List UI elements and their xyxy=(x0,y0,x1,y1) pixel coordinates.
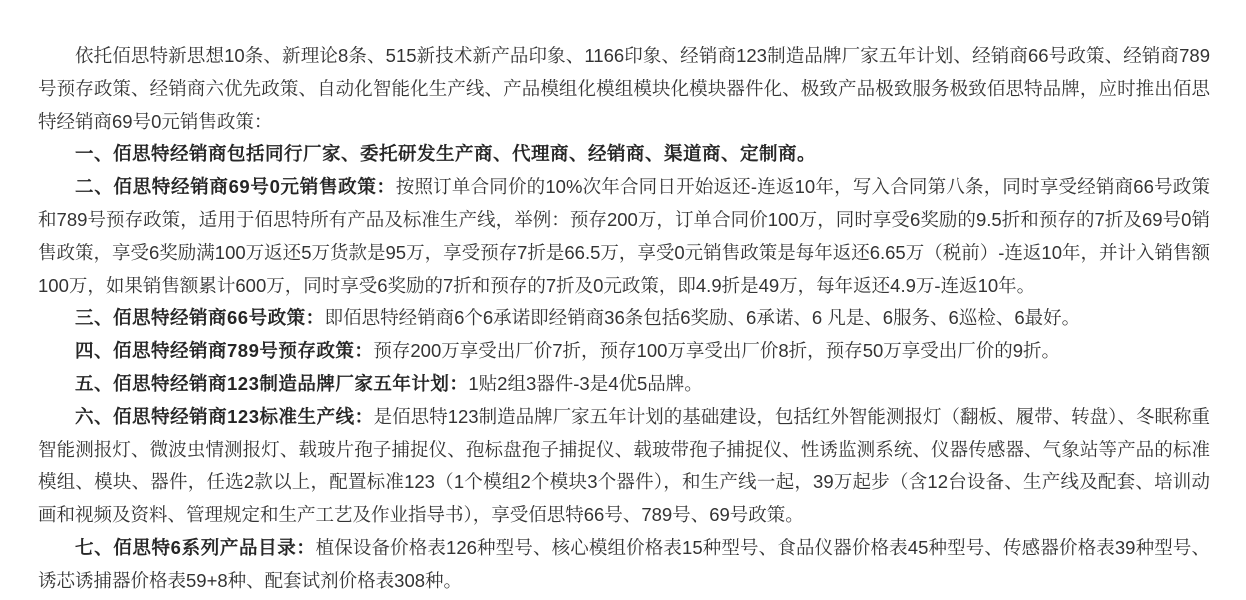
section-body: 1贴2组3器件-3是4优5品牌。 xyxy=(468,373,702,394)
policy-section-3: 三、佰思特经销商66号政策：即佰思特经销商6个6承诺即经销商36条包括6奖励、6… xyxy=(38,302,1210,335)
section-heading: 五、佰思特经销商123制造品牌厂家五年计划： xyxy=(75,373,468,394)
policy-document-page: 依托佰思特新思想10条、新理论8条、515新技术新产品印象、1166印象、经销商… xyxy=(0,0,1246,600)
policy-section-4: 四、佰思特经销商789号预存政策：预存200万享受出厂价7折，预存100万享受出… xyxy=(38,335,1210,368)
section-body: 预存200万享受出厂价7折，预存100万享受出厂价8折，预存50万享受出厂价的9… xyxy=(373,340,1060,361)
policy-section-5: 五、佰思特经销商123制造品牌厂家五年计划：1贴2组3器件-3是4优5品牌。 xyxy=(38,368,1210,401)
section-heading: 七、佰思特6系列产品目录： xyxy=(75,537,316,558)
section-heading: 三、佰思特经销商66号政策： xyxy=(75,307,325,328)
section-heading: 一、佰思特经销商包括同行厂家、委托研发生产商、代理商、经销商、渠道商、定制商。 xyxy=(75,143,816,164)
policy-section-1: 一、佰思特经销商包括同行厂家、委托研发生产商、代理商、经销商、渠道商、定制商。 xyxy=(38,138,1210,171)
policy-section-2: 二、佰思特经销商69号0元销售政策：按照订单合同价的10%次年合同日开始返还-连… xyxy=(38,171,1210,302)
intro-text: 依托佰思特新思想10条、新理论8条、515新技术新产品印象、1166印象、经销商… xyxy=(38,45,1210,132)
section-heading: 二、佰思特经销商69号0元销售政策： xyxy=(75,176,396,197)
section-body: 即佰思特经销商6个6承诺即经销商36条包括6奖励、6承诺、6 凡是、6服务、6巡… xyxy=(325,307,1081,328)
policy-section-7: 七、佰思特6系列产品目录：植保设备价格表126种型号、核心模组价格表15种型号、… xyxy=(38,532,1210,598)
section-heading: 六、佰思特经销商123标准生产线： xyxy=(75,406,374,427)
intro-paragraph: 依托佰思特新思想10条、新理论8条、515新技术新产品印象、1166印象、经销商… xyxy=(38,40,1210,138)
policy-section-6: 六、佰思特经销商123标准生产线：是佰思特123制造品牌厂家五年计划的基础建设，… xyxy=(38,401,1210,532)
section-heading: 四、佰思特经销商789号预存政策： xyxy=(75,340,373,361)
